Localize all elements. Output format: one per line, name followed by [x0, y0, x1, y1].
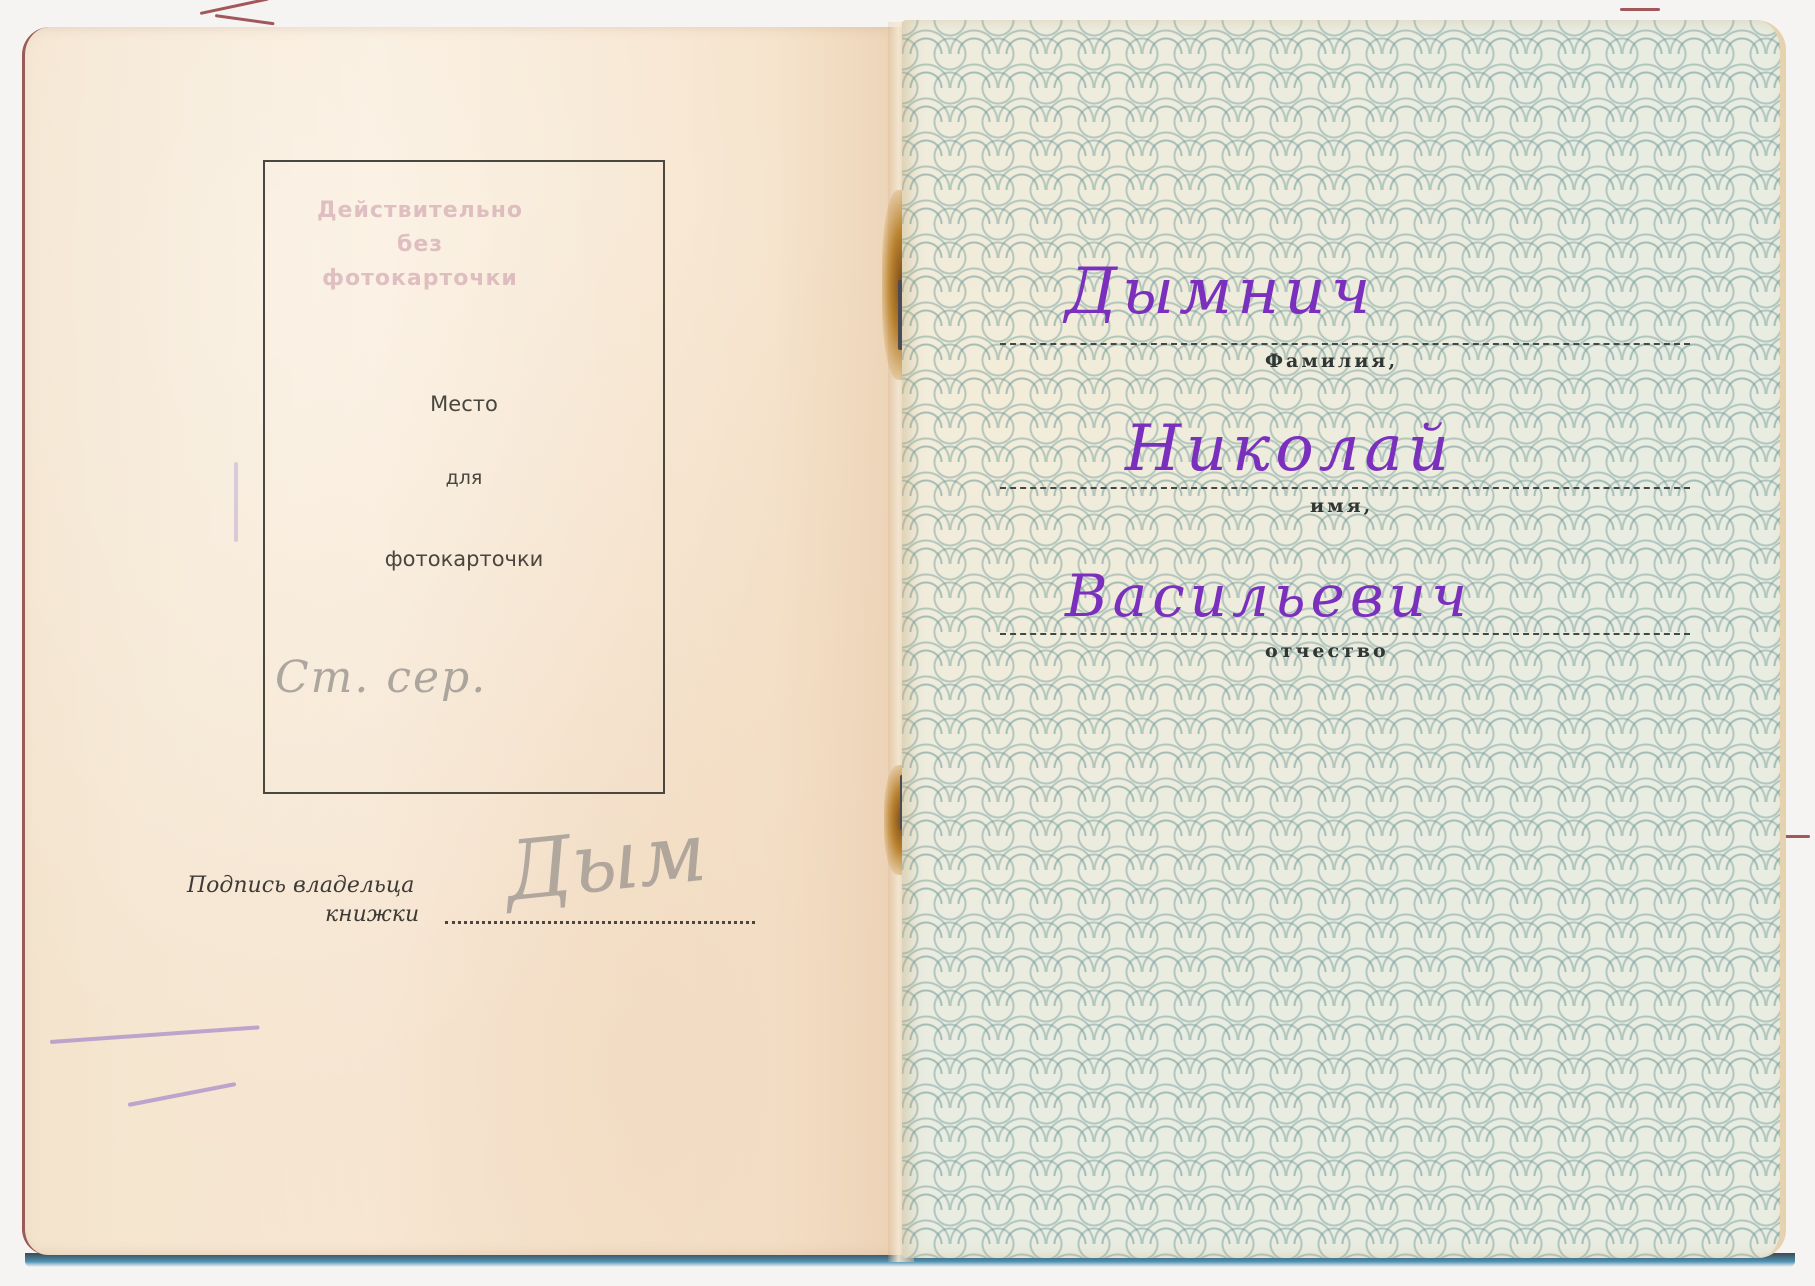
binding-thread — [1785, 835, 1810, 838]
first-name-line — [1000, 487, 1690, 489]
binding-thread — [215, 14, 275, 25]
patronymic-value: Васильевич — [1065, 562, 1472, 630]
photo-label-place: Место — [265, 392, 663, 416]
binding-thread — [1620, 8, 1660, 11]
document-booklet: Действительно без фотокарточки Место для… — [0, 0, 1815, 1286]
first-name-label: имя, — [1310, 495, 1373, 517]
stamp-line: без — [265, 228, 575, 262]
right-page — [902, 20, 1786, 1258]
surname-value: Дымнич — [1065, 255, 1375, 329]
photo-label-for: для — [265, 467, 663, 489]
surname-label: Фамилия, — [1265, 350, 1398, 372]
binding-thread — [200, 0, 269, 15]
signature-dotted-line — [445, 921, 755, 924]
ink-mark — [234, 462, 238, 542]
photo-placeholder-box: Действительно без фотокарточки Место для… — [263, 160, 665, 794]
pencil-annotation: Ст. сер. — [275, 652, 487, 703]
stamp-line: Действительно — [265, 194, 575, 228]
first-name-value: Николай — [1125, 412, 1454, 486]
stamp-line: фотокарточки — [265, 262, 575, 296]
photo-label-photo: фотокарточки — [265, 547, 663, 571]
signature-label: Подпись владельца — [187, 873, 414, 898]
signature-label-2: книжки — [325, 902, 419, 927]
validity-stamp: Действительно без фотокарточки — [265, 194, 575, 296]
patronymic-label: отчество — [1265, 640, 1389, 662]
patronymic-line — [1000, 633, 1690, 635]
surname-line — [1000, 343, 1690, 345]
